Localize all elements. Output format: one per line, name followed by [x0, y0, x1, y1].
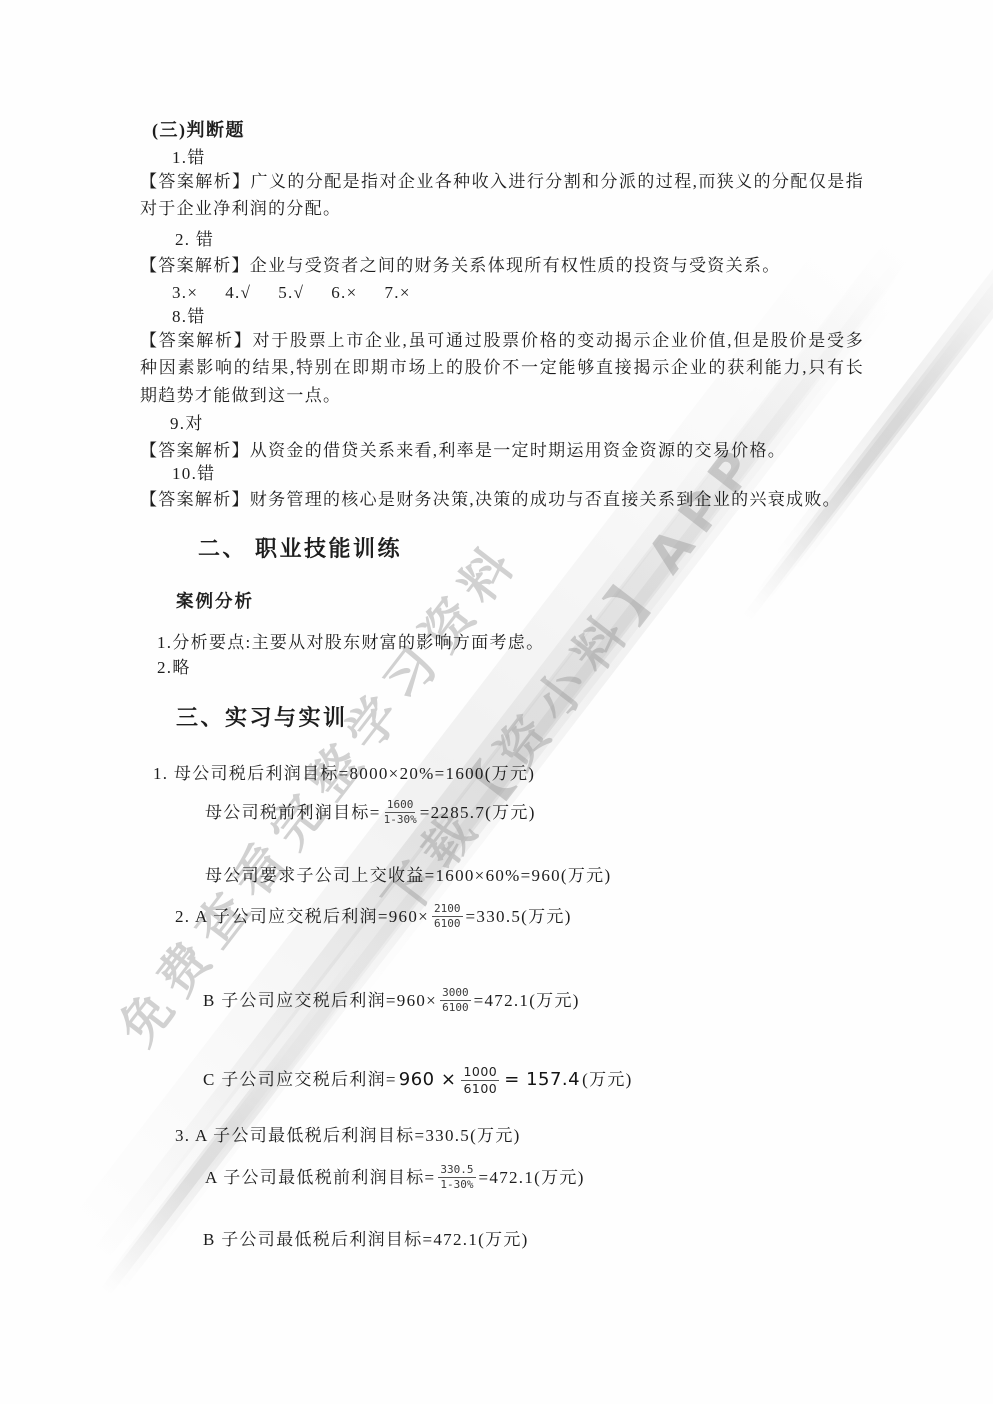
formula-4: 2. A 子公司应交税后利润=960×21006100=330.5(万元) [175, 903, 572, 930]
answers-3-to-7: 3.×4.√5.√6.×7.× [172, 281, 438, 305]
fraction: 10006100 [461, 1065, 499, 1095]
fraction-denominator: 6100 [442, 1001, 469, 1014]
formula-6: C 子公司应交税后利润=960 ×10006100= 157.4(万元) [203, 1065, 633, 1095]
formula-8: A 子公司最低税前利润目标=330.51-30%=472.1(万元) [205, 1164, 585, 1191]
section-heading-judge: (三)判断题 [152, 116, 245, 142]
analysis-9: 【答案解析】从资金的借贷关系来看,利率是一定时期运用资金资源的交易价格。 [140, 439, 786, 463]
formula-6-multiplicand: 960 × [399, 1068, 457, 1092]
formula-2: 母公司税前利润目标=16001-30%=2285.7(万元) [205, 799, 536, 826]
document-page: 免费查看完整学习资料 下载【资小料】APP (三)判断题 1.错 【答案解析】广… [0, 0, 993, 1404]
formula-6-unit: (万元) [582, 1068, 633, 1092]
analysis-8: 【答案解析】对于股票上市企业,虽可通过股票价格的变动揭示企业价值,但是股价是受多… [140, 327, 864, 409]
fraction-numerator: 330.5 [438, 1164, 475, 1178]
formula-8-pre: A 子公司最低税前利润目标= [205, 1166, 435, 1190]
formula-3: 母公司要求子公司上交收益=1600×60%=960(万元) [205, 864, 611, 888]
analysis-2: 【答案解析】企业与受资者之间的财务关系体现所有权性质的投资与受资关系。 [140, 254, 781, 278]
fraction: 330.51-30% [438, 1164, 475, 1191]
answer-item-3: 3.× [172, 283, 198, 302]
formula-5-post: =472.1(万元) [474, 989, 580, 1013]
formula-2-pre: 母公司税前利润目标= [205, 801, 381, 825]
fraction: 30006100 [440, 987, 471, 1014]
case-item-1: 1.分析要点:主要从对股东财富的影响方面考虑。 [157, 631, 544, 655]
fraction-denominator: 1-30% [384, 813, 417, 826]
fraction: 16001-30% [384, 799, 417, 826]
formula-6-pre: C 子公司应交税后利润= [203, 1068, 397, 1092]
section-heading-skill: 二、 职业技能训练 [198, 532, 402, 563]
answer-line-9: 9.对 [170, 412, 204, 436]
formula-2-post: =2285.7(万元) [420, 801, 536, 825]
case-item-2: 2.略 [157, 656, 191, 680]
fraction-numerator: 2100 [432, 903, 463, 917]
section-heading-practice: 三、实习与实训 [176, 701, 348, 732]
formula-7: 3. A 子公司最低税后利润目标=330.5(万元) [175, 1124, 521, 1148]
fraction-denominator: 1-30% [440, 1178, 473, 1191]
fraction-numerator: 1600 [385, 799, 416, 813]
fraction-denominator: 6100 [434, 917, 461, 930]
answer-item-7: 7.× [384, 283, 410, 302]
fraction-numerator: 1000 [461, 1065, 499, 1081]
formula-4-post: =330.5(万元) [466, 905, 572, 929]
formula-8-post: =472.1(万元) [479, 1166, 585, 1190]
fraction-denominator: 6100 [463, 1081, 497, 1096]
fraction-numerator: 3000 [440, 987, 471, 1001]
answer-line-10: 10.错 [172, 462, 215, 486]
formula-5: B 子公司应交税后利润=960×30006100=472.1(万元) [203, 987, 580, 1014]
formula-6-result: = 157.4 [504, 1068, 580, 1092]
answer-line-1: 1.错 [172, 146, 206, 170]
formula-1: 1. 母公司税后利润目标=8000×20%=1600(万元) [153, 762, 535, 786]
formula-9: B 子公司最低税后利润目标=472.1(万元) [203, 1228, 529, 1252]
answer-line-2: 2. 错 [175, 228, 214, 252]
formula-5-pre: B 子公司应交税后利润=960× [203, 989, 437, 1013]
answer-line-8: 8.错 [172, 305, 206, 329]
fraction: 21006100 [432, 903, 463, 930]
answer-item-6: 6.× [331, 283, 357, 302]
subheading-case-analysis: 案例分析 [176, 588, 254, 613]
analysis-10: 【答案解析】财务管理的核心是财务决策,决策的成功与否直接关系到企业的兴衰成败。 [140, 488, 841, 512]
answer-item-4: 4.√ [225, 283, 251, 302]
formula-4-pre: 2. A 子公司应交税后利润=960× [175, 905, 429, 929]
analysis-1: 【答案解析】广义的分配是指对企业各种收入进行分割和分派的过程,而狭义的分配仅是指… [140, 168, 864, 223]
answer-item-5: 5.√ [278, 283, 304, 302]
